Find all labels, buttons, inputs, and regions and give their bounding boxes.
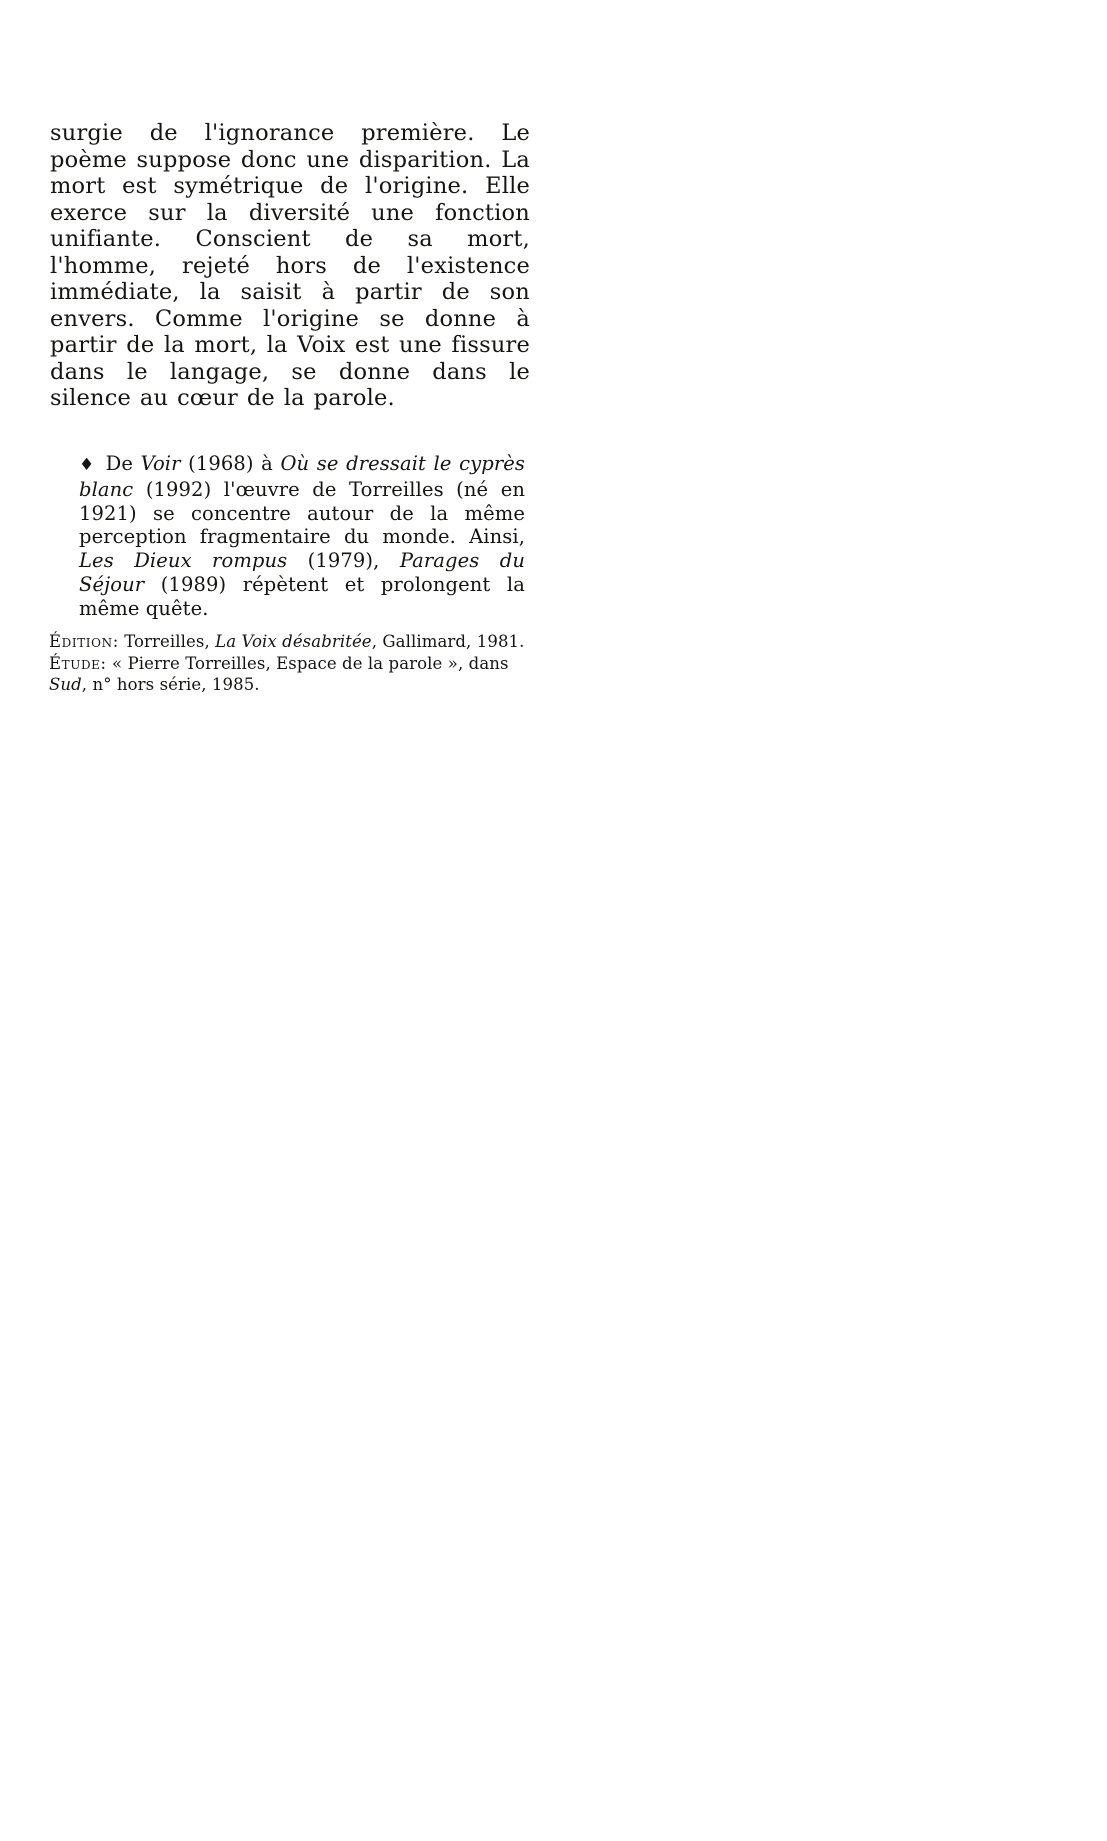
bibliography-edition-entry: Édition: Torreilles, La Voix désabritée,… bbox=[49, 631, 531, 653]
diamond-bullet-icon: ♦ bbox=[79, 455, 106, 475]
etude-label: Étude: bbox=[49, 654, 107, 673]
etude-text-segment: , n° hors série, 1985. bbox=[82, 675, 260, 694]
note-text-segment: De bbox=[106, 452, 141, 475]
edition-label: Édition: bbox=[49, 632, 119, 651]
note-text-segment: (1979), bbox=[287, 549, 400, 572]
note-text-segment: (1968) à bbox=[181, 452, 281, 475]
edition-text-segment: , Gallimard, 1981. bbox=[372, 632, 525, 651]
bibliography-etude-entry: Étude: « Pierre Torreilles, Espace de la… bbox=[49, 653, 531, 696]
edition-text-segment: Torreilles, bbox=[119, 632, 215, 651]
etude-journal-sud: Sud bbox=[49, 675, 82, 694]
edition-title-voix-desabritee: La Voix désabritée bbox=[215, 632, 372, 651]
note-text-segment: (1992) l'œuvre de Torreilles (né en 1921… bbox=[79, 478, 525, 549]
scanned-book-page: surgie de l'ignorance première. Le poème… bbox=[0, 0, 1107, 1841]
etude-text-segment: « Pierre Torreilles, Espace de la parole… bbox=[107, 654, 509, 673]
note-text-segment: (1989) répètent et prolongent la même qu… bbox=[79, 573, 525, 620]
main-paragraph: surgie de l'ignorance première. Le poème… bbox=[50, 120, 530, 412]
note-paragraph: ♦De Voir (1968) à Où se dressait le cypr… bbox=[79, 452, 525, 621]
bibliography: Édition: Torreilles, La Voix désabritée,… bbox=[49, 631, 531, 696]
note-title-dieux-rompus: Les Dieux rompus bbox=[79, 549, 287, 572]
note-title-voir: Voir bbox=[141, 452, 181, 475]
